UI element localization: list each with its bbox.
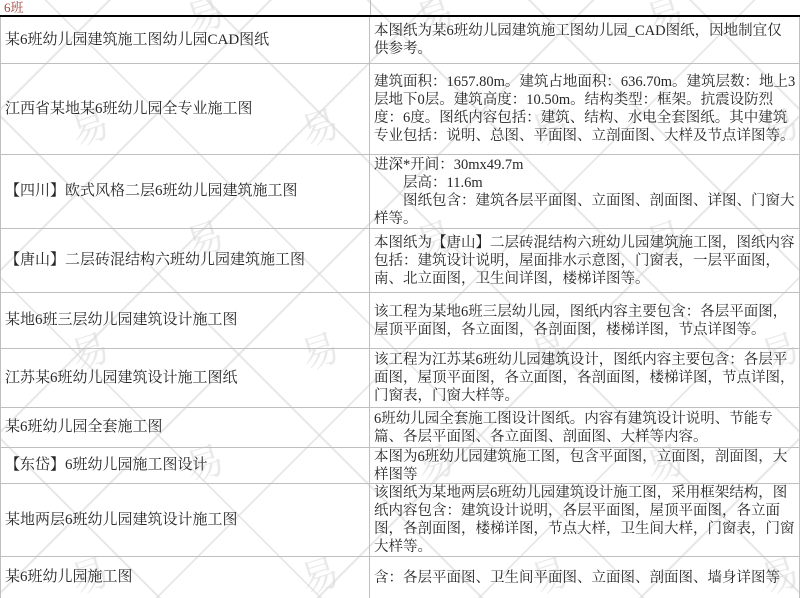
drawing-title-cell[interactable]: 某地两层6班幼儿园建筑设计施工图 bbox=[0, 484, 370, 556]
category-header-row: 6班 bbox=[0, 0, 800, 17]
drawing-title[interactable]: 【四川】欧式风格二层6班幼儿园建筑施工图 bbox=[5, 182, 298, 201]
table-row: 【唐山】二层砖混结构六班幼儿园建筑施工图本图纸为【唐山】二层砖混结构六班幼儿园建… bbox=[0, 229, 800, 293]
drawing-description: 该工程为某地6班三层幼儿园，图纸内容主要包含：各层平面图，屋顶平面图，各立面图，… bbox=[374, 303, 796, 339]
drawing-title[interactable]: 某地6班三层幼儿园建筑设计施工图 bbox=[5, 311, 238, 330]
drawing-description: 含：各层平面图、卫生间平面图、立面图、剖面图、墙身详图等 bbox=[374, 569, 780, 587]
drawing-title-cell[interactable]: 某6班幼儿园建筑施工图幼儿园CAD图纸 bbox=[0, 17, 370, 63]
table-row: 某6班幼儿园施工图含：各层平面图、卫生间平面图、立面图、剖面图、墙身详图等 bbox=[0, 557, 800, 598]
drawing-description: 本图纸为某6班幼儿园建筑施工图幼儿园_CAD图纸，因地制宜仅供参考。 bbox=[374, 22, 796, 58]
drawing-title-cell[interactable]: 江西省某地某6班幼儿园全专业施工图 bbox=[0, 64, 370, 154]
drawing-title[interactable]: 某6班幼儿园全套施工图 bbox=[5, 418, 163, 437]
drawing-description-cell: 进深*开间：30mx49.7m 层高：11.6m 图纸包含：建筑各层平面图、立面… bbox=[370, 155, 800, 228]
drawing-description: 6班幼儿园全套施工图设计图纸。内容有建筑设计说明、节能专篇、各层平面图、各立面图… bbox=[374, 410, 796, 446]
drawing-description: 进深*开间：30mx49.7m 层高：11.6m 图纸包含：建筑各层平面图、立面… bbox=[374, 156, 796, 228]
table-row: 某地两层6班幼儿园建筑设计施工图该图纸为某地两层6班幼儿园建筑设计施工图，采用框… bbox=[0, 484, 800, 557]
drawing-title[interactable]: 某6班幼儿园建筑施工图幼儿园CAD图纸 bbox=[5, 31, 269, 50]
drawing-title[interactable]: 江西省某地某6班幼儿园全专业施工图 bbox=[5, 100, 253, 119]
drawing-description-cell: 6班幼儿园全套施工图设计图纸。内容有建筑设计说明、节能专篇、各层平面图、各立面图… bbox=[370, 408, 800, 447]
drawing-title[interactable]: 江苏某6班幼儿园建筑设计施工图纸 bbox=[5, 369, 238, 388]
table-row: 江苏某6班幼儿园建筑设计施工图纸该工程为江苏某6班幼儿园建筑设计，图纸内容主要包… bbox=[0, 349, 800, 408]
drawing-title-cell[interactable]: 某6班幼儿园施工图 bbox=[0, 557, 370, 598]
drawing-title-cell[interactable]: 【唐山】二层砖混结构六班幼儿园建筑施工图 bbox=[0, 229, 370, 292]
category-label: 6班 bbox=[4, 0, 24, 15]
table-row: 江西省某地某6班幼儿园全专业施工图建筑面积：1657.80m。建筑占地面积：63… bbox=[0, 64, 800, 155]
drawing-description-cell: 建筑面积：1657.80m。建筑占地面积：636.70m。建筑层数：地上3层地下… bbox=[370, 64, 800, 154]
drawing-description-cell: 含：各层平面图、卫生间平面图、立面图、剖面图、墙身详图等 bbox=[370, 557, 800, 598]
drawing-description-cell: 本图纸为某6班幼儿园建筑施工图幼儿园_CAD图纸，因地制宜仅供参考。 bbox=[370, 17, 800, 63]
drawing-title-cell[interactable]: 江苏某6班幼儿园建筑设计施工图纸 bbox=[0, 349, 370, 407]
table-row: 【四川】欧式风格二层6班幼儿园建筑施工图进深*开间：30mx49.7m 层高：1… bbox=[0, 155, 800, 229]
drawing-list-page: 易易易易易易易易易易易易易易易易易易易易易易易易易易易易易易 6班 某6班幼儿园… bbox=[0, 0, 800, 598]
drawing-description-cell: 该工程为江苏某6班幼儿园建筑设计，图纸内容主要包含：各层平面图，屋顶平面图，各立… bbox=[370, 349, 800, 407]
drawing-description: 建筑面积：1657.80m。建筑占地面积：636.70m。建筑层数：地上3层地下… bbox=[374, 73, 796, 145]
drawing-title[interactable]: 某6班幼儿园施工图 bbox=[5, 568, 133, 587]
drawing-description-cell: 该图纸为某地两层6班幼儿园建筑设计施工图，采用框架结构，图纸内容包含：建筑设计说… bbox=[370, 484, 800, 556]
drawing-description: 本图纸为【唐山】二层砖混结构六班幼儿园建筑施工图，图纸内容包括：建筑设计说明，屋… bbox=[374, 234, 796, 288]
drawing-title[interactable]: 【唐山】二层砖混结构六班幼儿园建筑施工图 bbox=[5, 251, 305, 270]
drawing-description-cell: 本图为6班幼儿园建筑施工图，包含平面图，立面图，剖面图，大样图等 bbox=[370, 448, 800, 483]
drawing-title[interactable]: 【东岱】6班幼儿园施工图设计 bbox=[5, 456, 208, 475]
table-row: 某6班幼儿园建筑施工图幼儿园CAD图纸本图纸为某6班幼儿园建筑施工图幼儿园_CA… bbox=[0, 17, 800, 64]
drawing-description: 该工程为江苏某6班幼儿园建筑设计，图纸内容主要包含：各层平面图，屋顶平面图，各立… bbox=[374, 351, 796, 405]
table-body: 某6班幼儿园建筑施工图幼儿园CAD图纸本图纸为某6班幼儿园建筑施工图幼儿园_CA… bbox=[0, 17, 800, 598]
table-row: 【东岱】6班幼儿园施工图设计本图为6班幼儿园建筑施工图，包含平面图，立面图，剖面… bbox=[0, 448, 800, 484]
drawing-description-cell: 该工程为某地6班三层幼儿园，图纸内容主要包含：各层平面图，屋顶平面图，各立面图，… bbox=[370, 293, 800, 348]
drawing-description-cell: 本图纸为【唐山】二层砖混结构六班幼儿园建筑施工图，图纸内容包括：建筑设计说明，屋… bbox=[370, 229, 800, 292]
drawing-title-cell[interactable]: 某6班幼儿园全套施工图 bbox=[0, 408, 370, 447]
drawing-description: 该图纸为某地两层6班幼儿园建筑设计施工图，采用框架结构，图纸内容包含：建筑设计说… bbox=[374, 484, 796, 556]
table-row: 某地6班三层幼儿园建筑设计施工图该工程为某地6班三层幼儿园，图纸内容主要包含：各… bbox=[0, 293, 800, 349]
drawing-title-cell[interactable]: 某地6班三层幼儿园建筑设计施工图 bbox=[0, 293, 370, 348]
table-row: 某6班幼儿园全套施工图6班幼儿园全套施工图设计图纸。内容有建筑设计说明、节能专篇… bbox=[0, 408, 800, 448]
drawing-list-table: 6班 某6班幼儿园建筑施工图幼儿园CAD图纸本图纸为某6班幼儿园建筑施工图幼儿园… bbox=[0, 0, 800, 598]
column-divider bbox=[370, 0, 371, 15]
drawing-title-cell[interactable]: 【四川】欧式风格二层6班幼儿园建筑施工图 bbox=[0, 155, 370, 228]
drawing-title-cell[interactable]: 【东岱】6班幼儿园施工图设计 bbox=[0, 448, 370, 483]
drawing-title[interactable]: 某地两层6班幼儿园建筑设计施工图 bbox=[5, 511, 238, 530]
drawing-description: 本图为6班幼儿园建筑施工图，包含平面图，立面图，剖面图，大样图等 bbox=[374, 448, 796, 483]
